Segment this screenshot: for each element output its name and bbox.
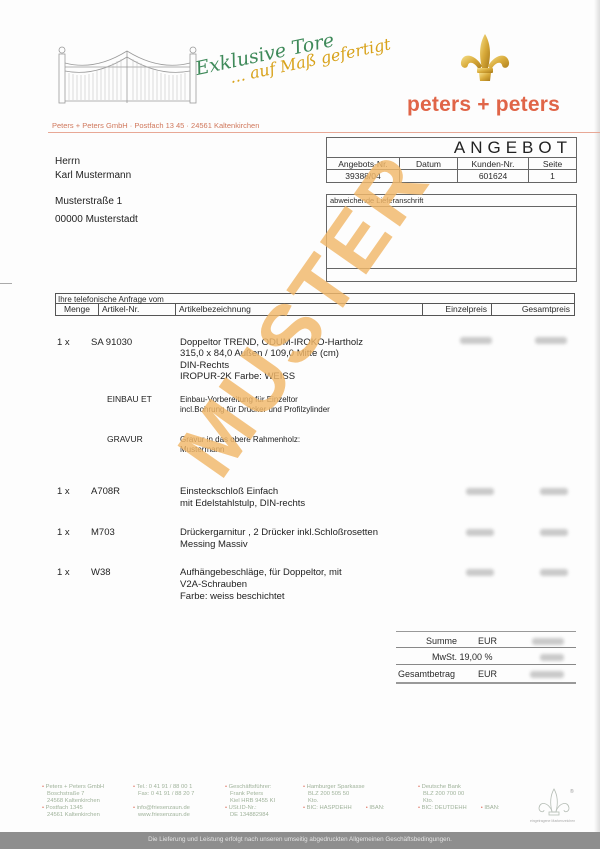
item-4-article: W38 (91, 567, 111, 579)
fleur-de-lis-outline-logo-icon: ® (537, 786, 577, 820)
item-4-desc-2: V2A-Schrauben (180, 579, 247, 591)
document-title: ANGEBOT (454, 138, 572, 158)
footer-website-link[interactable]: www.friesenzaun.de (133, 812, 194, 819)
footer-contact: • Tel.: 0 41 91 / 88 00 1 Fax: 0 41 91 /… (133, 784, 194, 819)
totals-top-line (396, 631, 576, 632)
sum-value-redacted (532, 638, 564, 645)
footer-bank1-bic: BIC: HASPDEHH (307, 805, 352, 811)
footer-bank2-account: Kto. (418, 798, 500, 805)
page-number: 1 (529, 170, 576, 182)
item-4-desc-3: Farbe: weiss beschichtet (180, 591, 285, 603)
header-description: Artikelbezeichnung (176, 304, 423, 315)
footer-logo-caption: eingetragene Markenzeichen (530, 819, 575, 823)
header-unit-price: Einzelpreis (423, 304, 492, 315)
item-4-total-price-redacted (540, 569, 568, 576)
footer-bank1-account: Kto. (303, 798, 385, 805)
sum-currency: EUR (478, 636, 497, 646)
header-total-price: Gesamtpreis (492, 304, 574, 315)
item-3-article: M703 (91, 527, 115, 539)
item-3-total-price-redacted (540, 529, 568, 536)
item-4-qty: 1 x (57, 567, 70, 579)
offer-date (400, 170, 458, 182)
subitem-gravur-article: GRAVUR (107, 434, 143, 444)
item-1-desc-1: Doppeltor TREND, ODUM-IROKO-Hartholz (180, 337, 363, 349)
grand-total-currency: EUR (478, 669, 497, 679)
offer-info-box: ANGEBOT Angebots-Nr. Datum Kunden-Nr. Se… (326, 137, 577, 183)
footer-manager-name: Frank Peters (225, 791, 275, 798)
item-2-desc-2: mit Edelstahlstulp, DIN-rechts (180, 498, 305, 510)
delivery-address-box: abweichende Lieferanschrift (326, 194, 577, 282)
footer-bank1-blz: BLZ 200 505 50 (303, 791, 385, 798)
footer-company: • Peters + Peters GmbH Boschstraße 7 245… (42, 784, 104, 819)
item-1-qty: 1 x (57, 337, 70, 349)
grand-total-line (396, 682, 576, 684)
item-1-desc-4: IROPUR-2K Farbe: WEISS (180, 371, 295, 383)
footer-bank-1: • Hamburger Sparkasse BLZ 200 505 50 Kto… (303, 784, 385, 812)
item-2-desc-1: Einsteckschloß Einfach (180, 486, 278, 498)
footer-bank2-iban: IBAN: (484, 805, 499, 811)
footer-bank2-blz: BLZ 200 700 00 (418, 791, 500, 798)
header-divider (48, 132, 600, 133)
page-edge-shadow (594, 0, 600, 849)
vat-value-redacted (540, 654, 564, 661)
fleur-de-lis-logo-icon (455, 32, 515, 87)
svg-text:®: ® (570, 788, 574, 795)
footer-company-street: Boschstraße 7 (42, 791, 104, 798)
item-2-unit-price-redacted (466, 488, 494, 495)
customer-number: 601624 (458, 170, 529, 182)
footer-bank-2: • Deutsche Bank BLZ 200 700 00 Kto. • BI… (418, 784, 500, 812)
footer-fax: Fax: 0 41 91 / 88 20 7 (133, 791, 194, 798)
brand-name: peters + peters (407, 93, 560, 117)
footer-register: Kiel HRB 9455 KI (225, 798, 275, 805)
footer-vat-id: DE 134882984 (225, 812, 275, 819)
footer-bank1-iban: IBAN: (369, 805, 384, 811)
footer-bank1-name: Hamburger Sparkasse (307, 784, 365, 790)
subitem-gravur-desc-1: Gravur in das obere Rahmenholz: (180, 435, 300, 445)
footer-phone: Tel.: 0 41 91 / 88 00 1 (137, 784, 193, 790)
item-4-desc-1: Aufhängebeschläge, für Doppeltor, mit (180, 567, 342, 579)
item-1-unit-price-redacted (460, 337, 492, 344)
request-line: Ihre telefonische Anfrage vom (55, 293, 575, 304)
footer-company-name: Peters + Peters GmbH (46, 784, 104, 790)
item-1-article: SA 91030 (91, 337, 132, 349)
footer-email-link[interactable]: info@friesenzaun.de (137, 805, 190, 811)
subitem-einbau-article: EINBAU ET (107, 394, 152, 404)
sum-line (396, 647, 576, 648)
header-qty: Menge (56, 304, 99, 315)
recipient-salutation: Herrn (55, 156, 80, 167)
vat-label: MwSt. 19,00 % (432, 652, 493, 662)
footer-bank2-name: Deutsche Bank (422, 784, 461, 790)
item-3-qty: 1 x (57, 527, 70, 539)
subitem-einbau-desc-2: incl.Bohrung für Drücker und Profilzylin… (180, 405, 330, 415)
footer-management: • Geschäftsführer: Frank Peters Kiel HRB… (225, 784, 275, 819)
fold-mark (0, 283, 12, 284)
item-3-desc-2: Messing Massiv (180, 539, 248, 551)
offer-value-row: 39388/04 601624 1 (327, 169, 576, 182)
footer-postbox-city: 24561 Kaltenkirchen (42, 812, 104, 819)
table-header: Menge Artikel-Nr. Artikelbezeichnung Ein… (55, 304, 575, 316)
footer-vat-id-label: USt.ID-Nr.: (229, 805, 257, 811)
subitem-einbau-desc-1: Einbau-Vorbereitung für Einzeltor (180, 395, 298, 405)
vat-line (396, 664, 576, 665)
delivery-divider-bottom (327, 268, 576, 269)
delivery-address-label: abweichende Lieferanschrift (330, 196, 423, 205)
offer-number: 39388/04 (327, 170, 400, 182)
item-2-article: A708R (91, 486, 120, 498)
footer-postbox: Postfach 1345 (46, 805, 83, 811)
subitem-gravur-desc-2: Mustermann (180, 445, 224, 455)
item-2-total-price-redacted (540, 488, 568, 495)
item-1-desc-2: 315,0 x 84,0 Außen / 109,0 Mitte (cm) (180, 348, 339, 360)
footer-bank2-bic: BIC: DEUTDEHH (422, 805, 467, 811)
item-4-unit-price-redacted (466, 569, 494, 576)
item-1-total-price-redacted (535, 337, 567, 344)
sender-address-line: Peters + Peters GmbH · Postfach 13 45 · … (52, 121, 259, 130)
grand-total-label: Gesamtbetrag (398, 669, 455, 679)
sum-label: Summe (426, 636, 457, 646)
header-article: Artikel-Nr. (99, 304, 176, 315)
recipient-city: 00000 Musterstadt (55, 214, 138, 225)
grand-total-value-redacted (530, 671, 564, 678)
item-3-unit-price-redacted (466, 529, 494, 536)
footer-manager-label: Geschäftsführer: (229, 784, 272, 790)
terms-text: Die Lieferung und Leistung erfolgt nach … (0, 836, 600, 843)
gate-illustration-icon (55, 45, 200, 105)
item-1-desc-3: DIN-Rechts (180, 360, 229, 372)
recipient-street: Musterstraße 1 (55, 196, 122, 207)
footer-company-city: 24568 Kaltenkirchen (42, 798, 104, 805)
delivery-divider-top (327, 206, 576, 207)
item-3-desc-1: Drückergarnitur , 2 Drücker inkl.Schloßr… (180, 527, 378, 539)
item-2-qty: 1 x (57, 486, 70, 498)
recipient-name: Karl Mustermann (55, 170, 131, 181)
